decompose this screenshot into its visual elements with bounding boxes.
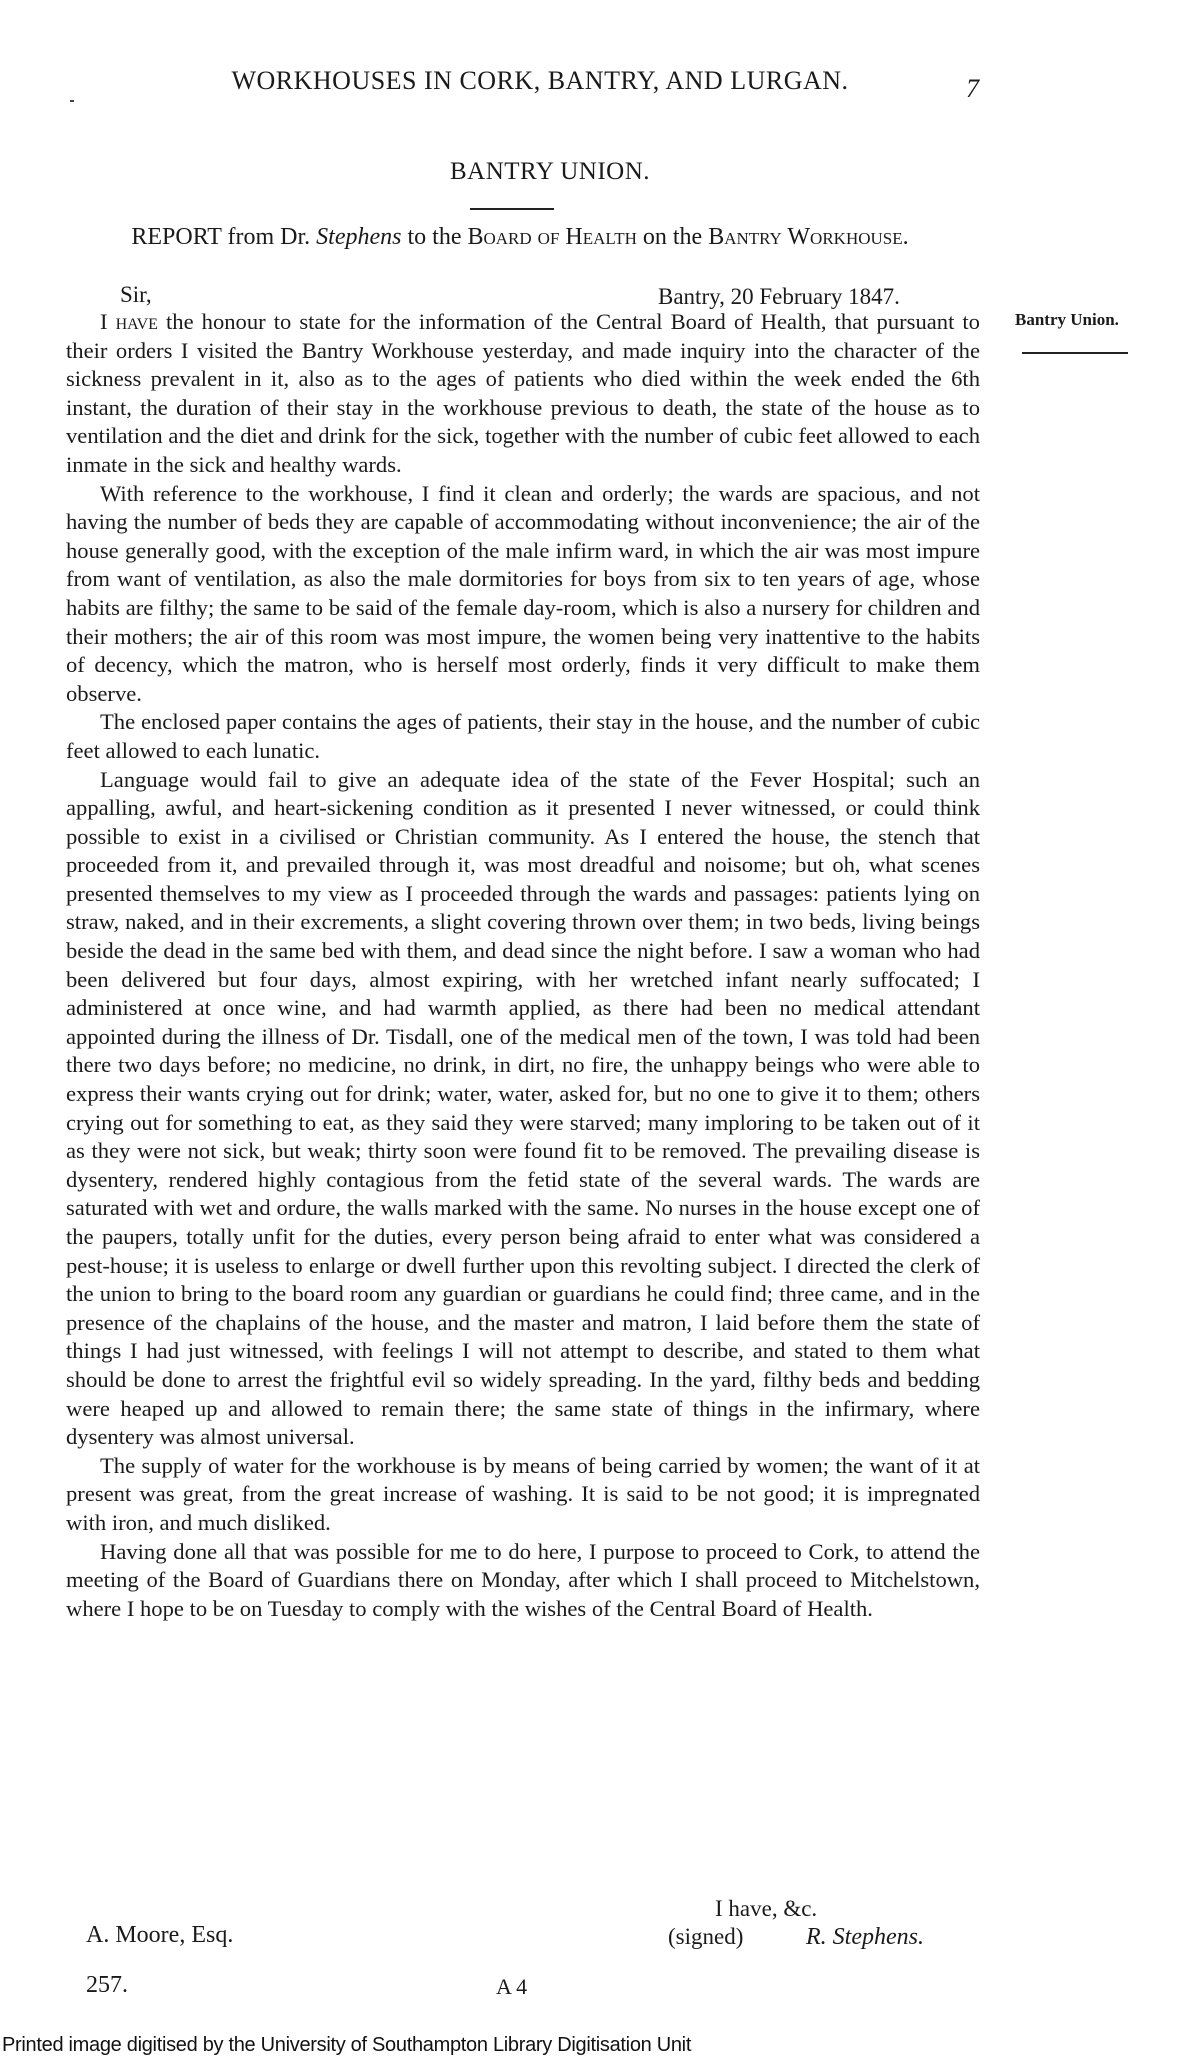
paragraph-1: I have the honour to state for the infor… [66, 308, 980, 480]
digitisation-credit: Printed image digitised by the Universit… [2, 2034, 691, 2057]
report-heading-on: on the [637, 224, 708, 250]
paragraph-3: The enclosed paper contains the ages of … [66, 708, 980, 765]
paragraph-5: The supply of water for the workhouse is… [66, 1452, 980, 1538]
document-page: WORKHOUSES IN CORK, BANTRY, AND LURGAN. … [0, 0, 1200, 2066]
sheet-number: 257. [86, 1972, 128, 1999]
report-heading-prefix: REPORT from Dr. [131, 224, 316, 250]
margin-divider [1022, 352, 1128, 354]
running-title: WORKHOUSES IN CORK, BANTRY, AND LURGAN. [180, 66, 900, 96]
signer-name: R. Stephens. [806, 1924, 924, 1951]
report-heading: REPORT from Dr. Stephens to the Board of… [80, 222, 960, 252]
addressee: A. Moore, Esq. [86, 1922, 233, 1949]
report-heading-mid: to the [401, 224, 467, 250]
opening-word: I have [100, 309, 158, 334]
signed-label: (signed) [668, 1924, 743, 1950]
paragraph-4: Language would fail to give an adequate … [66, 766, 980, 1452]
closing: I have, &c. [715, 1896, 817, 1922]
section-title: BANTRY UNION. [0, 158, 1100, 186]
report-heading-end: . [903, 224, 909, 250]
paragraph-2: With reference to the workhouse, I find … [66, 480, 980, 709]
dateline: Bantry, 20 February 1847. [658, 284, 900, 310]
page-number: 7 [966, 74, 979, 104]
report-recipient: Board of Health [467, 224, 636, 250]
letter-body: I have the honour to state for the infor… [66, 308, 980, 1623]
stray-mark [70, 100, 74, 102]
salutation: Sir, [120, 282, 152, 308]
report-subject: Bantry Workhouse [708, 224, 902, 250]
report-author: Stephens [316, 224, 401, 250]
title-divider [470, 208, 554, 210]
signature-mark: A 4 [496, 1974, 527, 2000]
paragraph-6: Having done all that was possible for me… [66, 1538, 980, 1624]
margin-note: Bantry Union. [1015, 310, 1119, 330]
